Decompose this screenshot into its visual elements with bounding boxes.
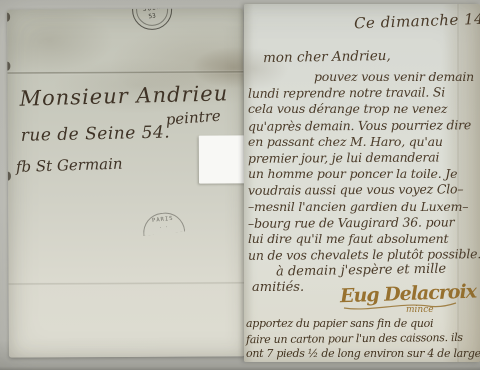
- letter-scan: JUIN 53 Monsieur Andrieu peintre rue de …: [0, 0, 480, 370]
- edge-mark: [7, 13, 10, 22]
- edge-mark: [7, 62, 10, 71]
- letter-body: pouvez vous venir demain lundi reprendre…: [248, 69, 479, 263]
- letter-page: Ce dimanche 14. mon cher Andrieu, pouvez…: [244, 4, 480, 362]
- letter-line: premier jour, je lui demanderai: [248, 149, 479, 167]
- letter-line: –mesnil l'ancien gardien du Luxem–: [248, 199, 479, 215]
- signature-text: Eug Delacroix: [340, 281, 471, 308]
- letter-closing-amities: amitiés.: [252, 280, 304, 295]
- letter-line: en passant chez M. Haro, qu'au: [248, 134, 479, 150]
- edge-mark: [7, 172, 11, 181]
- letter-line: lundi reprendre notre travail. Si: [248, 84, 479, 102]
- letter-line: cela vous dérange trop ne venez: [248, 101, 479, 117]
- letter-date: Ce dimanche 14.: [354, 10, 480, 33]
- signature-block: Eug Delacroix: [340, 283, 470, 311]
- postmark-stamp-icon: JUIN 53: [132, 8, 172, 30]
- address-street: rue de Seine 54.: [21, 122, 171, 145]
- letter-line: voudrais aussi que vous voyez Clo–: [248, 182, 479, 200]
- address-profession: peintre: [165, 107, 221, 129]
- letter-line: –bourg rue de Vaugirard 36. pour: [248, 214, 479, 232]
- fold-crease-bottom: [9, 281, 245, 285]
- letter-salutation: mon cher Andrieu,: [263, 48, 391, 66]
- address-district: fb St Germain: [16, 155, 123, 176]
- signature-note: mince: [406, 305, 434, 315]
- envelope-page: JUIN 53 Monsieur Andrieu peintre rue de …: [7, 8, 245, 357]
- letter-line: un homme pour poncer la toile. Je: [248, 166, 479, 182]
- postscript-line: ont 7 pieds ½ de long environ sur 4 de l…: [246, 346, 479, 361]
- postscript-block: apportez du papier sans fin de quoi fair…: [246, 316, 479, 361]
- fold-crease-top: [7, 70, 243, 74]
- letter-closing: à demain j'espère et mille: [276, 262, 446, 280]
- letter-line: qu'après demain. Vous pourriez dire: [248, 117, 479, 135]
- letter-line: lui dire qu'il me faut absolument: [248, 231, 479, 247]
- paris-postmark-icon: PARIS · ·: [141, 211, 185, 236]
- postscript-line: faire un carton pour l'un des caissons. …: [246, 330, 479, 347]
- address-recipient: Monsieur Andrieu: [19, 81, 228, 110]
- paper-repair-patch: [199, 135, 245, 183]
- postscript-line: apportez du papier sans fin de quoi: [246, 316, 479, 331]
- letter-line: pouvez vous venir demain: [248, 69, 479, 85]
